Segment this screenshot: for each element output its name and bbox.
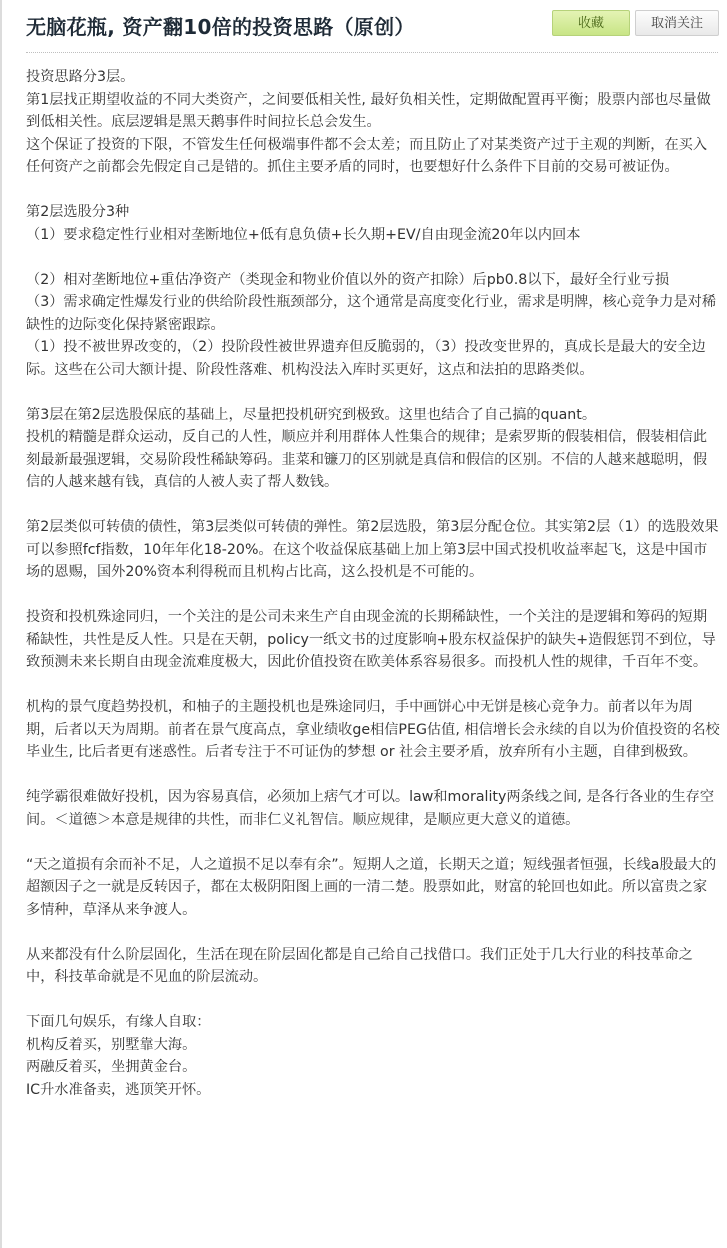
paragraph: （1）要求稳定性行业相对垄断地位+低有息负债+长久期+EV/自由现金流20年以内… <box>26 224 720 247</box>
paragraph: 第2层类似可转债的债性，第3层类似可转债的弹性。第2层选股，第3层分配仓位。其实… <box>26 516 720 584</box>
paragraph: 第2层选股分3种 <box>26 201 720 224</box>
spacer <box>26 494 720 517</box>
paragraph: 两融反着买，坐拥黄金台。 <box>26 1056 720 1079</box>
paragraph: 这个保证了投资的下限，不管发生任何极端事件都不会太差；而且防止了对某类资产过于主… <box>26 134 720 179</box>
paragraph: 机构反着买，别墅靠大海。 <box>26 1034 720 1057</box>
paragraph: 从来都没有什么阶层固化，生活在现在阶层固化都是自己给自己找借口。我们正处于几大行… <box>26 944 720 989</box>
spacer <box>26 246 720 269</box>
paragraph: 第3层在第2层选股保底的基础上，尽量把投机研究到极致。这里也结合了自己搞的qua… <box>26 404 720 427</box>
article-title: 无脑花瓶, 资产翻10倍的投资思路（原创） <box>26 10 415 44</box>
paragraph: 第1层找正期望收益的不同大类资产，之间要低相关性, 最好负相关性，定期做配置再平… <box>26 89 720 134</box>
spacer <box>26 989 720 1012</box>
unfollow-button[interactable]: 取消关注 <box>635 10 719 36</box>
favorite-button[interactable]: 收藏 <box>552 10 630 36</box>
paragraph: （1）投不被世界改变的，（2）投阶段性被世界遗弃但反脆弱的，（3）投改变世界的，… <box>26 336 720 381</box>
paragraph: 下面几句娱乐，有缘人自取： <box>26 1011 720 1034</box>
article-frame: 无脑花瓶, 资产翻10倍的投资思路（原创） 收藏 取消关注 投资思路分3层。 第… <box>0 0 725 1248</box>
article-body: 投资思路分3层。 第1层找正期望收益的不同大类资产，之间要低相关性, 最好负相关… <box>26 66 720 1101</box>
spacer <box>26 764 720 787</box>
spacer <box>26 674 720 697</box>
paragraph: （2）相对垄断地位+重估净资产（类现金和物业价值以外的资产扣除）后pb0.8以下… <box>26 269 720 292</box>
paragraph: 投资思路分3层。 <box>26 66 720 89</box>
spacer <box>26 179 720 202</box>
paragraph: （3）需求确定性爆发行业的供给阶段性瓶颈部分，这个通常是高度变化行业，需求是明牌… <box>26 291 720 336</box>
spacer <box>26 381 720 404</box>
paragraph: 投资和投机殊途同归，一个关注的是公司未来生产自由现金流的长期稀缺性，一个关注的是… <box>26 606 720 674</box>
article-header: 无脑花瓶, 资产翻10倍的投资思路（原创） 收藏 取消关注 <box>26 8 718 53</box>
paragraph: 纯学霸很难做好投机，因为容易真信，必须加上痞气才可以。law和morality两… <box>26 786 720 831</box>
paragraph: “天之道损有余而补不足，人之道损不足以奉有余”。短期人之道，长期天之道；短线强者… <box>26 854 720 922</box>
paragraph: 投机的精髓是群众运动，反自己的人性，顺应并利用群体人性集合的规律；是索罗斯的假装… <box>26 426 720 494</box>
paragraph: IC升水准备卖，逃顶笑开怀。 <box>26 1079 720 1102</box>
spacer <box>26 584 720 607</box>
spacer <box>26 831 720 854</box>
paragraph: 机构的景气度趋势投机，和柚子的主题投机也是殊途同归，手中画饼心中无饼是核心竞争力… <box>26 696 720 764</box>
spacer <box>26 921 720 944</box>
